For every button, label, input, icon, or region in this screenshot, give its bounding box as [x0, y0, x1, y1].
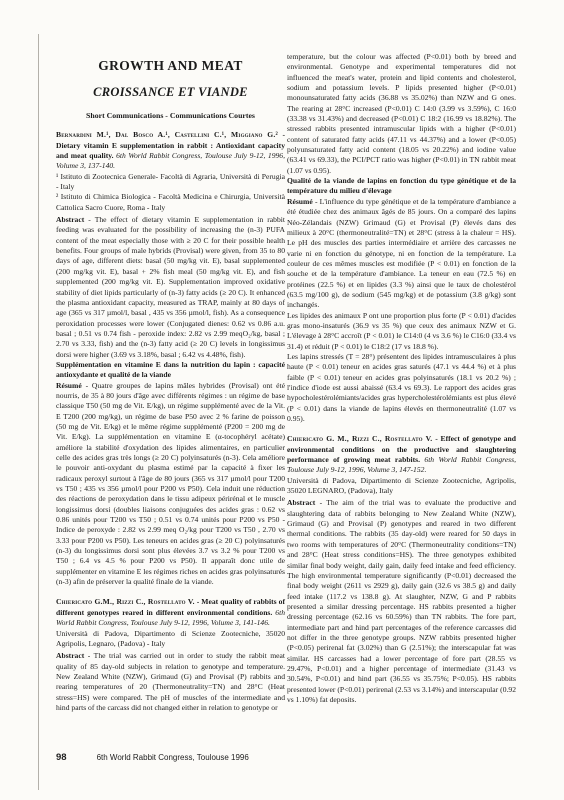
entry1-abstract-label: Abstract: [56, 215, 84, 224]
entry3-affiliation: Università di Padova, Dipartimento di Sc…: [287, 476, 516, 497]
entry1-heading: Bernardini M.¹, Dal Bosco A.¹, Castellin…: [56, 130, 285, 171]
entry2-abstract-part2: temperature, but the colour was affected…: [287, 52, 516, 176]
entry3-abstract: Abstract - The aim of the trial was to e…: [287, 498, 516, 705]
page-number: 98: [56, 752, 67, 763]
entry1-abstract-text: - The effect of dietary vitamin E supple…: [56, 215, 285, 358]
entry1-french-title: Supplémentation en vitamine E dans la nu…: [56, 360, 285, 381]
entry3-abstract-text: - The aim of the trial was to evaluate t…: [287, 498, 516, 704]
entry3-abstract-label: Abstract: [287, 498, 315, 507]
section-title-french: CROISSANCE ET VIANDE: [56, 85, 285, 99]
entry2-affiliation: Università di Padova, Dipartimento di Sc…: [56, 629, 285, 650]
entry1-resume-label: Résumé: [56, 381, 82, 390]
entry1-abstract: Abstract - The effect of dietary vitamin…: [56, 215, 285, 360]
entry3-heading: Chiericato G. M., Rizzi C., Rostellato V…: [287, 434, 516, 475]
footer-text: 6th World Rabbit Congress, Toulouse 1996: [97, 753, 249, 762]
right-column: temperature, but the colour was affected…: [287, 52, 516, 705]
scan-artifact-line: [38, 34, 39, 790]
entry2-resume-label: Résumé: [287, 197, 313, 206]
scanned-page: GROWTH AND MEAT CROISSANCE ET VIANDE Sho…: [0, 0, 564, 800]
entry2-abstract-text-part1: - The trial was carried out in order to …: [56, 651, 285, 712]
entry1-resume-text: - Quatre groupes de lapins mâles hybride…: [56, 381, 285, 587]
entry2-authors: Chiericato G.M., Rizzi C., Rostellato V.: [56, 597, 195, 606]
entry1-affiliation-1: ¹ Istituto di Zootecnica Generale- Facol…: [56, 172, 285, 193]
entry2-abstract-part1: Abstract - The trial was carried out in …: [56, 651, 285, 713]
entry2-french-title: Qualité de la viande de lapins en foncti…: [287, 176, 516, 197]
entry2-resume-para3: Les lapins stressés (T = 28°) présentent…: [287, 352, 516, 424]
left-column: GROWTH AND MEAT CROISSANCE ET VIANDE Sho…: [56, 56, 285, 713]
entry2-resume-para2: Les lipides des animaux P ont une propor…: [287, 311, 516, 352]
entry2-heading: Chiericato G.M., Rizzi C., Rostellato V.…: [56, 597, 285, 628]
section-title-english: GROWTH AND MEAT: [56, 58, 285, 73]
entry2-abstract-label: Abstract: [56, 651, 84, 660]
section-subtitle: Short Communications - Communications Co…: [56, 111, 285, 121]
entry1-resume: Résumé - Quatre groupes de lapins mâles …: [56, 381, 285, 588]
entry1-authors: Bernardini M.¹, Dal Bosco A.¹, Castellin…: [56, 130, 278, 139]
entry2-resume-text: - L'influence du type génétique et de la…: [287, 197, 516, 309]
entry3-authors: Chiericato G. M., Rizzi C., Rostellato V…: [287, 434, 432, 443]
entry1-affiliation-2: ² Istituto di Chimica Biologica - Facolt…: [56, 192, 285, 213]
entry2-resume: Résumé - L'influence du type génétique e…: [287, 197, 516, 311]
page-footer: 986th World Rabbit Congress, Toulouse 19…: [56, 752, 249, 763]
